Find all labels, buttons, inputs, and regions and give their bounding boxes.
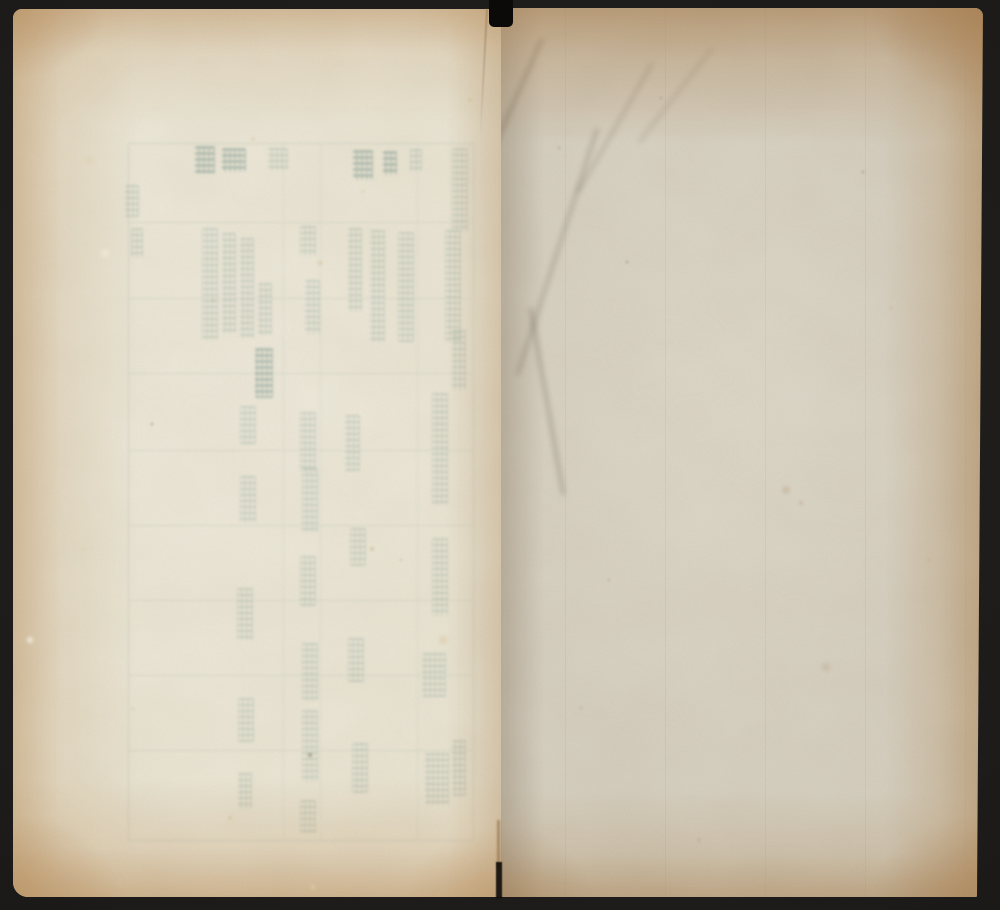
bleed-text-cluster <box>300 800 316 834</box>
laid-paper-chain-lines <box>501 8 983 897</box>
foxing-spot <box>98 246 112 260</box>
bleed-text-cluster <box>370 230 385 342</box>
bleed-text-cluster <box>425 753 449 805</box>
bleed-text-cluster <box>238 773 252 809</box>
bleed-row-line <box>128 222 472 223</box>
book-scan-stage <box>0 0 1000 910</box>
bleed-row-line <box>128 750 472 751</box>
bleed-text-cluster <box>452 740 466 796</box>
foxing-spot <box>80 546 86 552</box>
foxing-spot <box>130 706 136 712</box>
bleed-text-cluster <box>410 149 422 171</box>
foxing-spot <box>360 188 366 194</box>
bleed-row-line <box>128 675 472 676</box>
bleed-text-cluster <box>352 743 368 793</box>
bleed-text-cluster <box>302 468 318 532</box>
bleed-table-border <box>128 143 474 841</box>
foxing-spot <box>889 306 893 310</box>
bleed-text-cluster <box>353 150 373 180</box>
bleed-text-cluster <box>258 283 272 335</box>
bleed-row-line <box>128 450 472 451</box>
bleed-text-cluster <box>300 556 316 606</box>
foxing-spot <box>309 883 317 891</box>
foxing-spot <box>607 578 611 582</box>
foxing-spot <box>85 155 95 165</box>
crease-line <box>501 37 544 230</box>
gutter-crease-mark <box>497 820 500 868</box>
left-page <box>13 9 501 897</box>
foxing-spot <box>659 96 663 100</box>
bleed-text-cluster <box>432 538 448 616</box>
foxing-spot <box>467 97 473 103</box>
bleed-row-line <box>128 298 472 299</box>
bleed-text-cluster <box>398 232 414 342</box>
bleed-text-cluster <box>348 228 362 312</box>
bleed-text-cluster <box>125 185 139 217</box>
bleed-text-cluster <box>348 638 364 682</box>
bleed-text-cluster <box>383 151 397 175</box>
spine-gap-top <box>489 0 513 27</box>
foxing-spot <box>696 837 702 843</box>
bleed-text-cluster <box>300 412 316 472</box>
bleed-text-cluster <box>445 230 461 342</box>
bleed-text-cluster <box>238 698 254 742</box>
right-page-spots <box>501 8 983 897</box>
bleed-col-line <box>320 143 321 839</box>
foxing-spot <box>861 170 865 174</box>
bleed-text-cluster <box>240 476 256 522</box>
left-page-spots <box>13 9 501 897</box>
bleed-text-cluster <box>202 228 218 340</box>
paper-grain-texture <box>13 9 501 897</box>
foxing-spot <box>819 660 833 674</box>
crease-line <box>516 128 599 376</box>
bleed-text-cluster <box>240 238 254 338</box>
bleed-text-cluster <box>302 643 318 701</box>
bleedthrough-layer <box>13 9 501 897</box>
foxing-spot <box>307 752 313 758</box>
bleed-text-cluster <box>350 528 366 566</box>
bleed-text-cluster <box>131 228 143 258</box>
bleed-text-cluster <box>222 233 236 333</box>
foxing-spot <box>578 705 584 711</box>
bleed-row-line <box>128 600 472 601</box>
bleed-text-cluster <box>255 348 273 398</box>
foxing-spot <box>926 557 932 563</box>
bleed-text-cluster <box>452 148 468 232</box>
bleed-text-cluster <box>302 710 318 782</box>
bleed-text-cluster <box>300 226 316 256</box>
crease-line <box>576 62 654 193</box>
bleed-text-cluster <box>237 588 253 640</box>
right-page-edge-browning <box>501 8 983 897</box>
bleed-col-line <box>417 143 418 839</box>
foxing-spot <box>369 546 375 552</box>
left-page-edge-browning <box>13 9 501 897</box>
foxing-spot <box>436 633 450 647</box>
paper-grain-texture <box>501 8 983 897</box>
bleed-text-cluster <box>222 148 246 172</box>
bleed-text-cluster <box>432 393 448 505</box>
bleed-text-cluster <box>268 148 288 170</box>
bleed-text-cluster <box>452 330 466 390</box>
bleed-text-cluster <box>422 653 446 697</box>
foxing-spot <box>399 558 403 562</box>
bleed-text-cluster <box>240 406 256 444</box>
foxing-spot <box>780 484 792 496</box>
foxing-spot <box>316 259 324 267</box>
bleed-row-line <box>128 373 472 374</box>
foxing-spot <box>227 815 233 821</box>
foxing-spot <box>25 635 35 645</box>
crease-line <box>529 308 565 496</box>
crease-line <box>637 47 713 143</box>
foxing-spot <box>250 136 256 142</box>
bleed-row-line <box>128 525 472 526</box>
foxing-spot <box>211 298 215 302</box>
right-page <box>501 8 983 897</box>
foxing-spot <box>625 260 629 264</box>
bleed-text-cluster <box>305 280 320 334</box>
bleed-text-cluster <box>345 415 360 471</box>
spine-gap-bottom <box>496 862 502 898</box>
foxing-spot <box>557 146 561 150</box>
bleed-col-line <box>283 143 284 839</box>
foxing-spot <box>797 499 805 507</box>
bleed-text-cluster <box>195 146 215 174</box>
right-page-wrinkles <box>501 8 983 897</box>
foxing-spot <box>150 422 154 426</box>
